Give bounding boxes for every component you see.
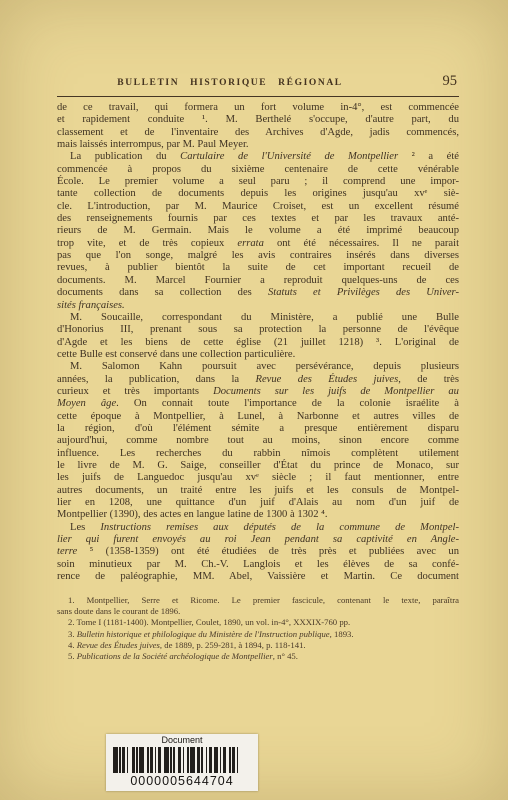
header-rule	[57, 96, 459, 97]
text-line: M. Salomon Kahn poursuit avec persévéran…	[57, 361, 459, 373]
text-line: documents. M. Marcel Fournier a reprodui…	[57, 275, 459, 287]
barcode-gap	[238, 747, 243, 773]
text-line: documents dans sa collection des Statuts…	[57, 287, 459, 299]
text-line: autres documents, un traité entre les ju…	[57, 485, 459, 497]
text-line: La publication du Cartulaire de l'Univer…	[57, 151, 459, 163]
text-line: M. Soucaille, correspondant du Ministère…	[57, 312, 459, 324]
barcode-label: Document 0000005644704	[106, 734, 258, 791]
text-line: tante collection de documents depuis les…	[57, 188, 459, 200]
text-line: École. Le premier volume a seul paru ; i…	[57, 176, 459, 188]
footnote-line: 1. Montpellier, Serre et Ricome. Le prem…	[57, 595, 459, 606]
footnote-line: 5. Publications de la Société archéologi…	[57, 651, 459, 662]
text-line: revues, à publier bientôt la suite de ce…	[57, 262, 459, 274]
text-line: Montpellier (1390), des actes en langue …	[57, 509, 459, 521]
text-line: commencée à propos du sixième centenaire…	[57, 164, 459, 176]
text-line: et rapidement conduite ¹. M. Berthelé s'…	[57, 114, 459, 126]
text-line: rieurs de M. Germain. Mais le volume a é…	[57, 225, 459, 237]
footnote-line: sans doute dans le courant de 1896.	[57, 606, 459, 617]
page-number: 95	[443, 73, 458, 90]
text-line: curieux et très importants Documents sur…	[57, 386, 459, 398]
footnote-line: 2. Tome I (1181-1400). Montpellier, Coul…	[57, 617, 459, 628]
text-line: Les Instructions remises aux députés de …	[57, 522, 459, 534]
text-line: terre ⁵ (1358-1359) ont été étudiées de …	[57, 546, 459, 558]
barcode-icon	[113, 747, 251, 773]
footnote-line: 3. Bulletin historique et philologique d…	[57, 629, 459, 640]
text-line: influence. Les recherches du rabbin nîmo…	[57, 448, 459, 460]
journal-title: BULLETIN HISTORIQUE RÉGIONAL	[29, 78, 431, 88]
text-line: des renseignements fournis par ces texte…	[57, 213, 459, 225]
text-line: lier qui furent envoyés au roi Jean pend…	[57, 534, 459, 546]
barcode-title: Document	[106, 735, 258, 746]
text-line: soin minutieux par M. Ch.-V. Langlois et…	[57, 559, 459, 571]
text-line: le livre de M. G. Saige, conseiller d'Ét…	[57, 460, 459, 472]
text-line: cette époque à Montpellier, à Lunel, à N…	[57, 411, 459, 423]
text-line: d'Agde et les biens de cette église (21 …	[57, 337, 459, 349]
text-line: mais laissés interrompus, par M. Paul Me…	[57, 139, 459, 151]
page-header: BULLETIN HISTORIQUE RÉGIONAL 95	[57, 76, 459, 98]
text-line: rence de paléographie, MM. Abel, Vaissiè…	[57, 571, 459, 583]
footnotes: 1. Montpellier, Serre et Ricome. Le prem…	[57, 595, 459, 662]
footnote-line: 4. Revue des Études juives, de 1889, p. …	[57, 640, 459, 651]
text-line: Moyen âge. On connait toute l'importance…	[57, 398, 459, 410]
text-line: les juifs de Languedoc jusqu'au xvᵉ sièc…	[57, 472, 459, 484]
text-line: pas que l'on songe, malgré les avis cont…	[57, 250, 459, 262]
text-line: années, la publication, dans la Revue de…	[57, 374, 459, 386]
text-line: la région, d'où l'élément sémite a presq…	[57, 423, 459, 435]
text-line: cette Bulle est conservé dans une collec…	[57, 349, 459, 361]
barcode-number: 0000005644704	[106, 773, 258, 789]
text-line: classement et de l'inventaire des Archiv…	[57, 127, 459, 139]
body-text: de ce travail, qui formera un fort volum…	[57, 102, 459, 583]
scanned-page: BULLETIN HISTORIQUE RÉGIONAL 95 de ce tr…	[0, 0, 508, 800]
text-line: sités françaises.	[57, 300, 459, 312]
text-line: aujourd'hui, comme nombre tout au moins,…	[57, 435, 459, 447]
text-line: trop vite, et de très copieux errata ont…	[57, 238, 459, 250]
text-line: cle. L'introduction, par M. Maurice Croi…	[57, 201, 459, 213]
text-line: de ce travail, qui formera un fort volum…	[57, 102, 459, 114]
text-line: d'Honorius III, prenant sous sa protecti…	[57, 324, 459, 336]
text-line: lier en 1208, une quittance d'un juif d'…	[57, 497, 459, 509]
